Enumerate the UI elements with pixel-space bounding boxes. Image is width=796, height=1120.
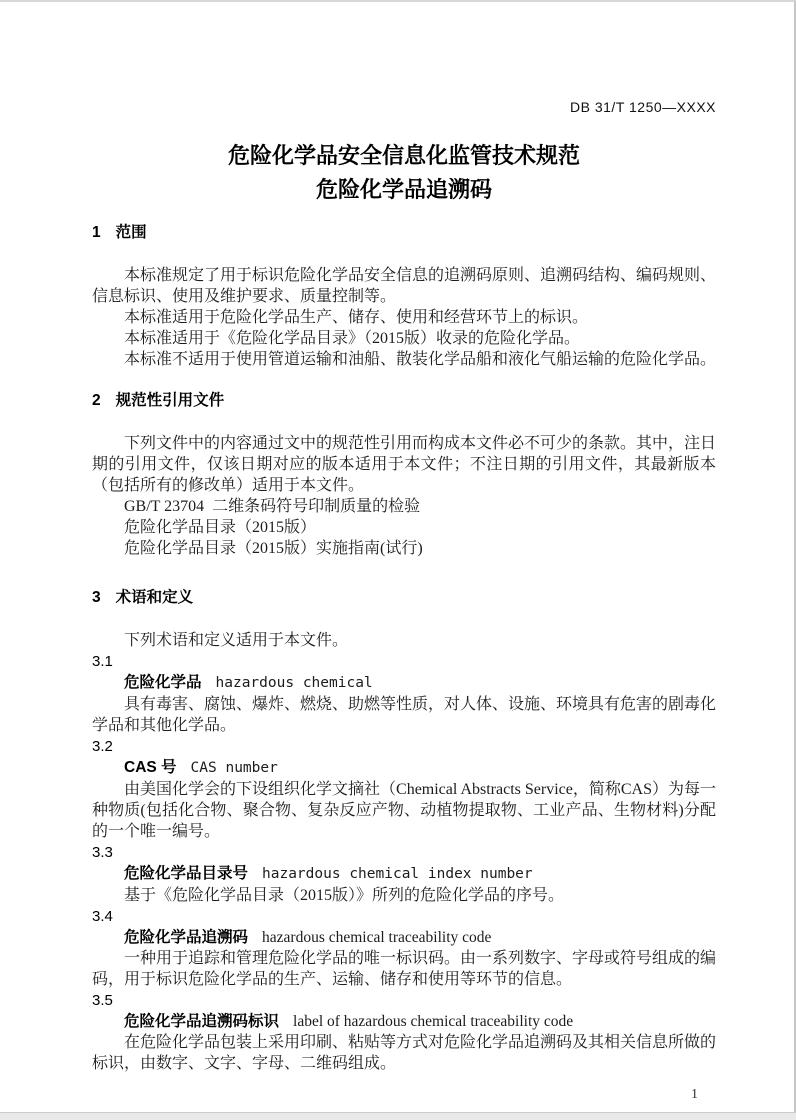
clause-number: 3.1: [92, 651, 716, 672]
section-1-title: 范围: [116, 222, 147, 243]
term-heading: 危险化学品追溯码标识label of hazardous chemical tr…: [92, 1011, 716, 1032]
section-1-paragraph: 本标准规定了用于标识危险化学品安全信息的追溯码原则、追溯码结构、编码规则、信息标…: [92, 265, 716, 307]
normative-reference: GB/T 23704 二维条码符号印制质量的检验: [92, 496, 716, 517]
term-chinese: 危险化学品追溯码标识: [124, 1013, 279, 1030]
term-definition: 基于《危险化学品目录（2015版）》所列的危险化学品的序号。: [92, 885, 716, 906]
term-heading: 危险化学品追溯码hazardous chemical traceability …: [92, 927, 716, 948]
document-page: DB 31/T 1250—XXXX 危险化学品安全信息化监管技术规范 危险化学品…: [0, 0, 796, 1112]
term-clause-3-2: 3.2 CAS 号CAS number 由美国化学会的下设组织化学文摘社（Che…: [92, 736, 716, 842]
clause-number: 3.4: [92, 906, 716, 927]
term-clause-3-5: 3.5 危险化学品追溯码标识label of hazardous chemica…: [92, 990, 716, 1074]
section-2-heading: 2规范性引用文件: [92, 390, 716, 411]
term-clause-3-4: 3.4 危险化学品追溯码hazardous chemical traceabil…: [92, 906, 716, 990]
term-definition: 在危险化学品包装上采用印刷、粘贴等方式对危险化学品追溯码及其相关信息所做的标识，…: [92, 1032, 716, 1074]
viewer-bottom-edge: [0, 1112, 796, 1120]
document-title-line2: 危险化学品追溯码: [92, 175, 716, 205]
standard-number: DB 31/T 1250—XXXX: [92, 100, 716, 115]
term-chinese: 危险化学品追溯码: [124, 929, 248, 946]
term-chinese: CAS 号: [124, 759, 177, 776]
section-3-intro: 下列术语和定义适用于本文件。: [92, 630, 716, 651]
document-title-line1: 危险化学品安全信息化监管技术规范: [92, 141, 716, 171]
term-clause-3-1: 3.1 危险化学品hazardous chemical 具有毒害、腐蚀、爆炸、燃…: [92, 651, 716, 736]
normative-reference: 危险化学品目录（2015版）实施指南(试行): [92, 538, 716, 559]
term-definition: 由美国化学会的下设组织化学文摘社（Chemical Abstracts Serv…: [92, 779, 716, 842]
term-english: hazardous chemical: [216, 675, 373, 691]
section-2-intro: 下列文件中的内容通过文中的规范性引用而构成本文件必不可少的条款。其中，注日期的引…: [92, 433, 716, 496]
section-3-title: 术语和定义: [116, 587, 194, 608]
normative-reference: 危险化学品目录（2015版）: [92, 517, 716, 538]
section-3-number: 3: [92, 587, 101, 608]
section-1-heading: 1范围: [92, 222, 716, 243]
clause-number: 3.3: [92, 842, 716, 863]
section-1-paragraph: 本标准适用于危险化学品生产、储存、使用和经营环节上的标识。: [92, 307, 716, 328]
term-clause-3-3: 3.3 危险化学品目录号hazardous chemical index num…: [92, 842, 716, 906]
section-1-paragraph: 本标准适用于《危险化学品目录》（2015版）收录的危险化学品。: [92, 328, 716, 349]
term-heading: CAS 号CAS number: [92, 757, 716, 779]
term-heading: 危险化学品目录号hazardous chemical index number: [92, 863, 716, 885]
clause-number: 3.5: [92, 990, 716, 1011]
term-english: hazardous chemical index number: [262, 866, 533, 882]
term-chinese: 危险化学品: [124, 674, 202, 691]
page-number: 1: [92, 1086, 716, 1104]
section-3-heading: 3术语和定义: [92, 587, 716, 608]
section-2-number: 2: [92, 390, 101, 411]
term-heading: 危险化学品hazardous chemical: [92, 672, 716, 694]
section-1-number: 1: [92, 222, 101, 243]
term-english: hazardous chemical traceability code: [262, 929, 491, 946]
section-2-title: 规范性引用文件: [116, 390, 225, 411]
term-english: CAS number: [191, 760, 278, 776]
term-definition: 一种用于追踪和管理危险化学品的唯一标识码。由一系列数字、字母或符号组成的编码，用…: [92, 948, 716, 990]
term-english: label of hazardous chemical traceability…: [293, 1013, 573, 1030]
term-chinese: 危险化学品目录号: [124, 865, 248, 882]
page-content: DB 31/T 1250—XXXX 危险化学品安全信息化监管技术规范 危险化学品…: [0, 2, 794, 1104]
clause-number: 3.2: [92, 736, 716, 757]
section-1-paragraph: 本标准不适用于使用管道运输和油船、散装化学品船和液化气船运输的危险化学品。: [92, 349, 716, 370]
term-definition: 具有毒害、腐蚀、爆炸、燃烧、助燃等性质，对人体、设施、环境具有危害的剧毒化学品和…: [92, 694, 716, 736]
